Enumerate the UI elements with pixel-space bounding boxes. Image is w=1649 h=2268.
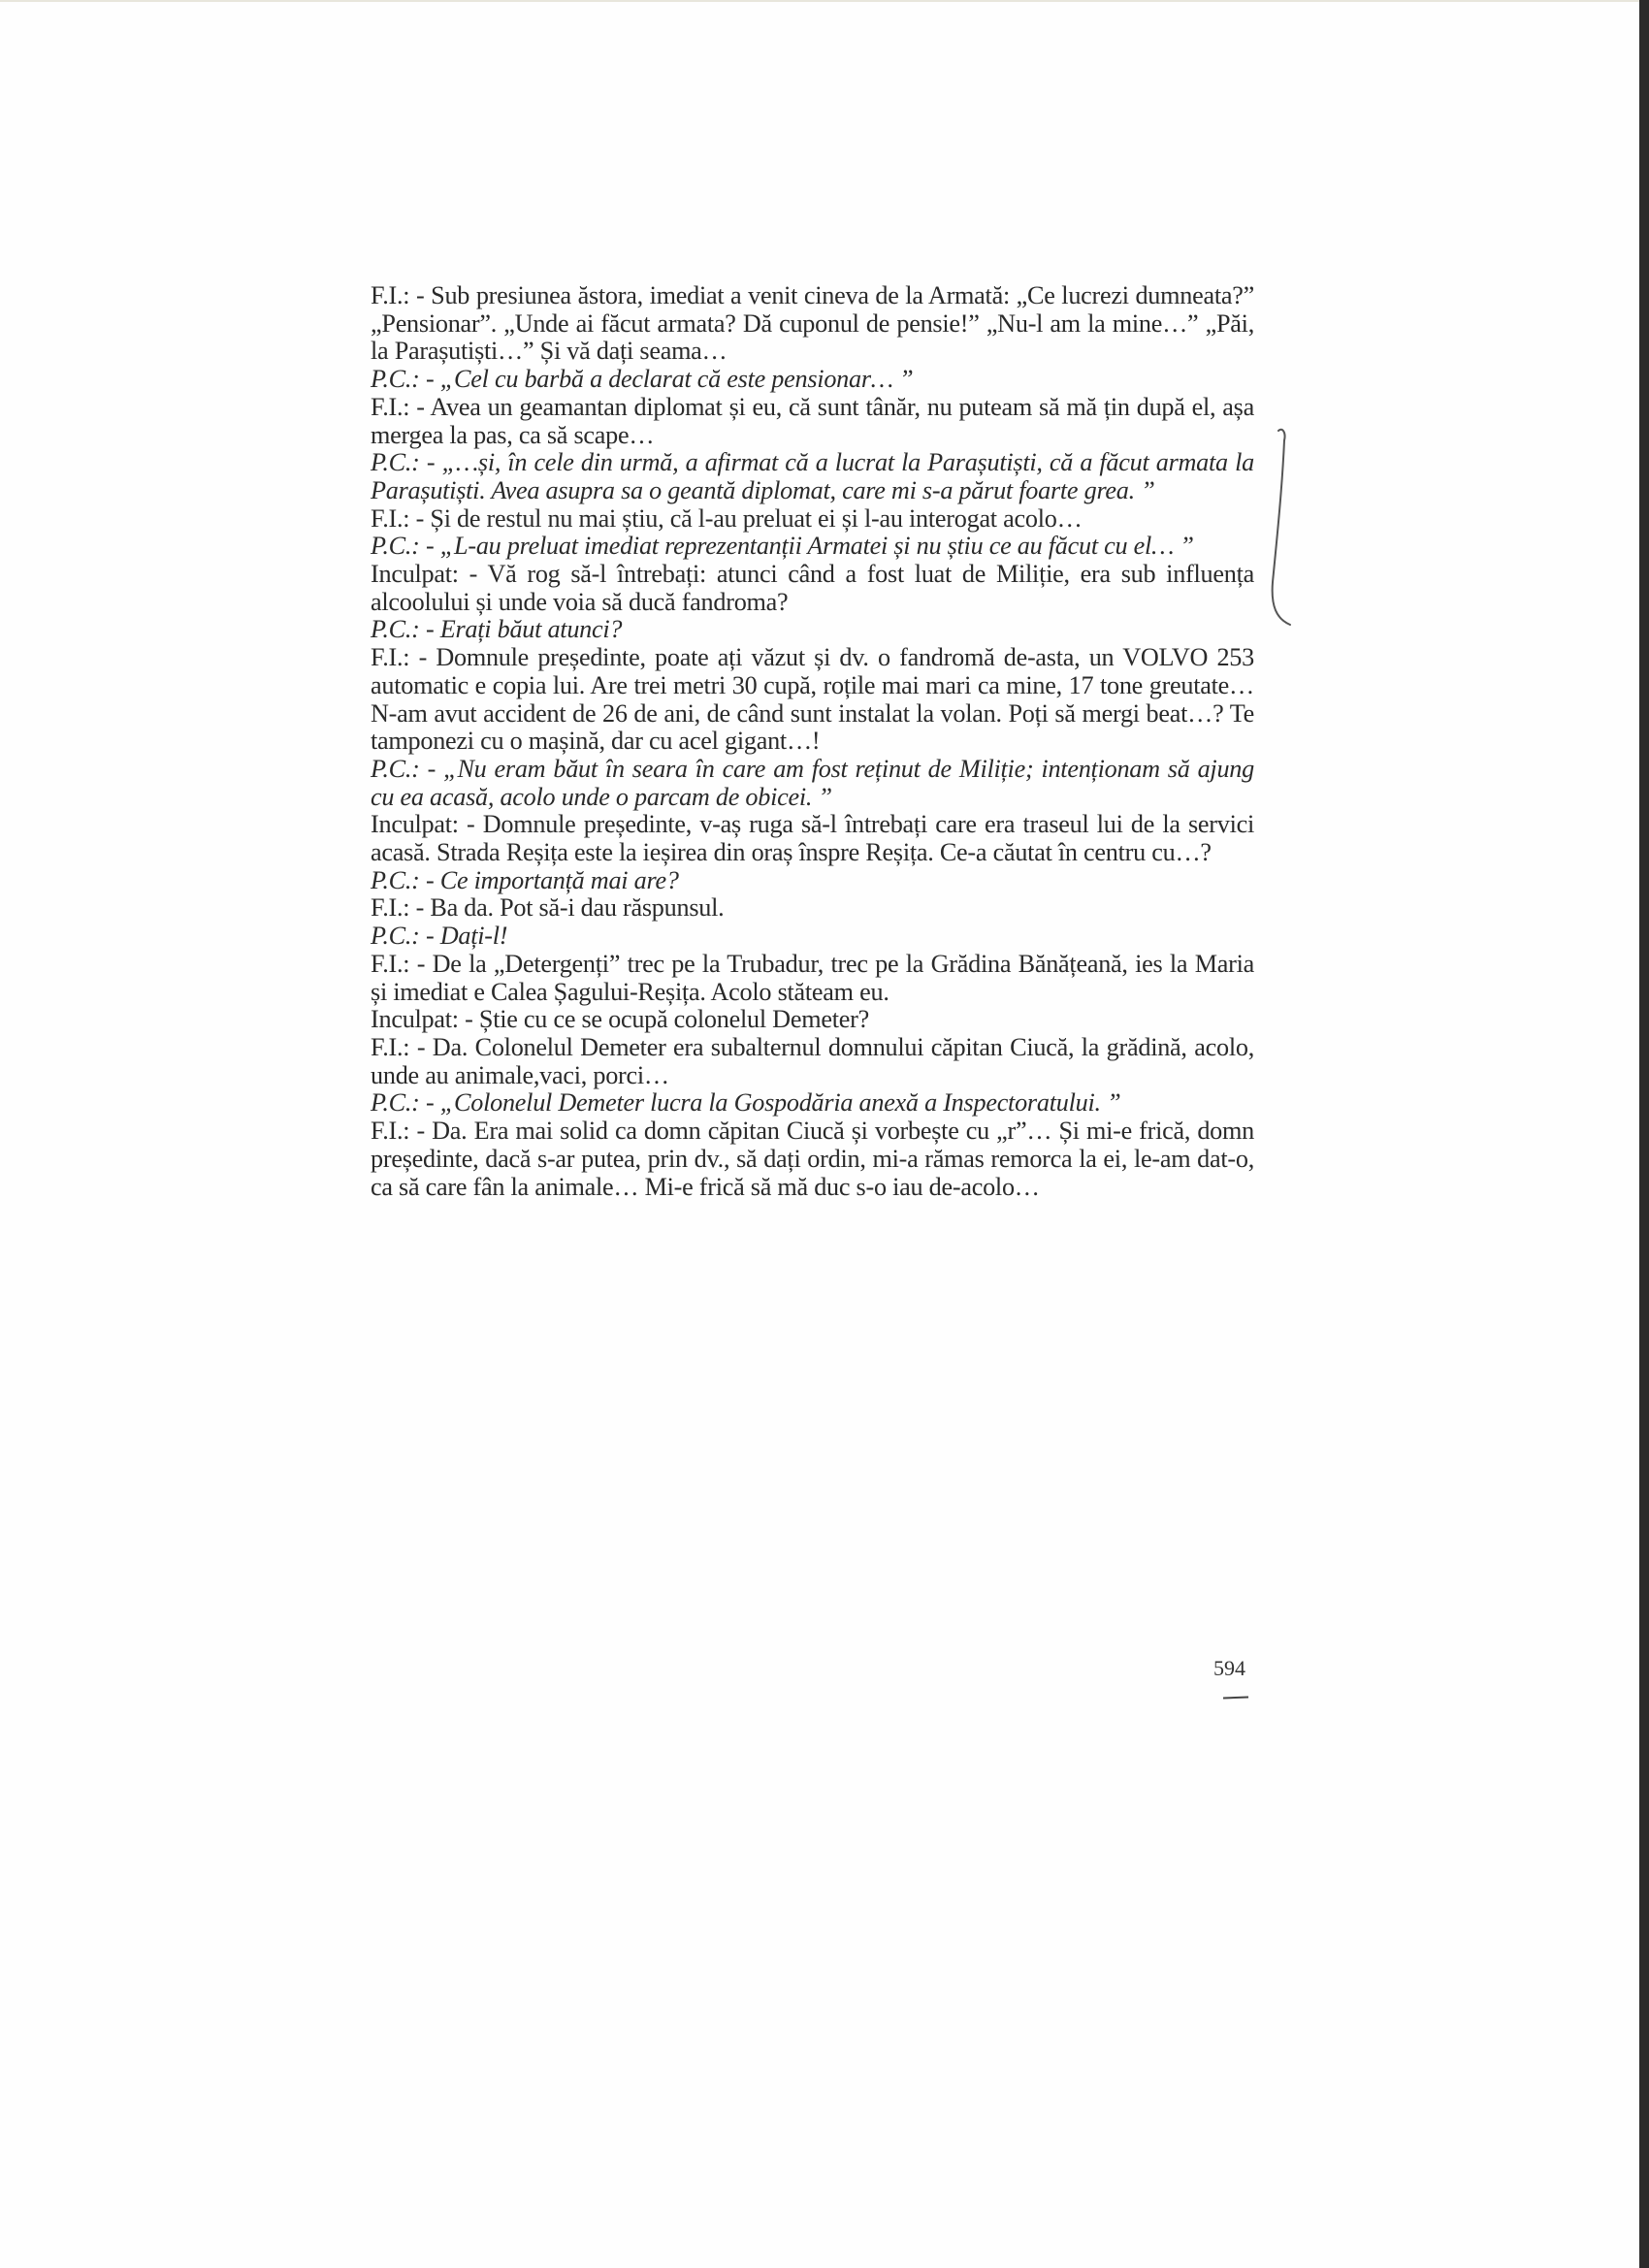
paragraph-text: - „Nu eram băut în seara în care am fost… xyxy=(371,755,1254,811)
speaker-label: F.I.: xyxy=(371,950,409,978)
paragraph-pc: P.C.: - „…și, în cele din urmă, a afirma… xyxy=(371,449,1254,504)
speaker-label: F.I.: xyxy=(371,1033,409,1061)
paragraph-fi: F.I.: - Da. Colonelul Demeter era subalt… xyxy=(371,1034,1254,1089)
paragraph-text: - Știe cu ce se ocupă colonelul Demeter? xyxy=(459,1005,869,1033)
paragraph-pc: P.C.: - „Nu eram băut în seara în care a… xyxy=(371,756,1254,811)
paragraph-text: - Domnule președinte, v-aș ruga să-l înt… xyxy=(371,810,1254,866)
paragraph-text: - „…și, în cele din urmă, a afirmat că a… xyxy=(371,448,1254,504)
speaker-label: F.I.: xyxy=(371,643,409,671)
speaker-label: P.C.: xyxy=(371,755,420,783)
paragraph-text: - Și de restul nu mai știu, că l-au prel… xyxy=(409,504,1082,533)
paragraph-fi: F.I.: - Domnule președinte, poate ați vă… xyxy=(371,644,1254,756)
paragraph-fi: F.I.: - Da. Era mai solid ca domn căpita… xyxy=(371,1118,1254,1201)
paragraph-text: - De la „Detergenți” trec pe la Trubadur… xyxy=(371,950,1254,1006)
paragraph-inculpat: Inculpat: - Vă rog să-l întrebați: atunc… xyxy=(371,561,1254,616)
paragraph-text: - Da. Colonelul Demeter era subalternul … xyxy=(371,1033,1254,1089)
paragraph-text: - Avea un geamantan diplomat și eu, că s… xyxy=(371,393,1254,449)
paragraph-fi: F.I.: - Și de restul nu mai știu, că l-a… xyxy=(371,505,1254,534)
paragraph-fi: F.I.: - De la „Detergenți” trec pe la Tr… xyxy=(371,951,1254,1006)
paragraph-text: - Domnule președinte, poate ați văzut și… xyxy=(371,643,1254,755)
speaker-label: P.C.: xyxy=(371,532,420,560)
paragraph-fi: F.I.: - Sub presiunea ăstora, imediat a … xyxy=(371,282,1254,366)
speaker-label: F.I.: xyxy=(371,281,409,309)
scan-edge-top xyxy=(0,0,1639,2)
speaker-label: Inculpat: xyxy=(371,810,459,838)
speaker-label: P.C.: xyxy=(371,615,420,643)
speaker-label: Inculpat: xyxy=(371,1005,459,1033)
paragraph-pc: P.C.: - Ce importanță mai are? xyxy=(371,867,1254,895)
paragraph-text: - Ba da. Pot să-i dau răspunsul. xyxy=(409,893,724,922)
speaker-label: P.C.: xyxy=(371,448,420,476)
paragraph-fi: F.I.: - Avea un geamantan diplomat și eu… xyxy=(371,394,1254,449)
speaker-label: F.I.: xyxy=(371,893,409,922)
scanned-page: F.I.: - Sub presiunea ăstora, imediat a … xyxy=(0,0,1649,2268)
paragraph-pc: P.C.: - „L-au preluat imediat reprezenta… xyxy=(371,533,1254,561)
paragraph-pc: P.C.: - Dați-l! xyxy=(371,923,1254,951)
speaker-label: P.C.: xyxy=(371,1088,420,1117)
paragraph-inculpat: Inculpat: - Domnule președinte, v-aș rug… xyxy=(371,811,1254,866)
speaker-label: P.C.: xyxy=(371,866,420,894)
paragraph-pc: P.C.: - „Colonelul Demeter lucra la Gosp… xyxy=(371,1089,1254,1118)
speaker-label: Inculpat: xyxy=(371,560,459,588)
paragraph-pc: P.C.: - „Cel cu barbă a declarat că este… xyxy=(371,366,1254,394)
handwritten-bracket-icon xyxy=(1261,427,1300,631)
speaker-label: P.C.: xyxy=(371,365,420,393)
paragraph-text: - Vă rog să-l întrebați: atunci când a f… xyxy=(371,560,1254,616)
paragraph-pc: P.C.: - Erați băut atunci? xyxy=(371,616,1254,644)
paragraph-text: - Da. Era mai solid ca domn căpitan Ciuc… xyxy=(371,1117,1254,1200)
paragraph-text: - Ce importanță mai are? xyxy=(420,866,679,894)
paragraph-text: - „Colonelul Demeter lucra la Gospodăria… xyxy=(420,1088,1121,1117)
speaker-label: F.I.: xyxy=(371,504,409,533)
paragraph-text: - Sub presiunea ăstora, imediat a venit … xyxy=(371,281,1254,365)
page-number: 594 xyxy=(1213,1656,1245,1681)
paragraph-text: - „Cel cu barbă a declarat că este pensi… xyxy=(420,365,914,393)
paragraph-inculpat: Inculpat: - Știe cu ce se ocupă colonelu… xyxy=(371,1006,1254,1034)
paragraph-text: - „L-au preluat imediat reprezentanții A… xyxy=(420,532,1194,560)
speaker-label: F.I.: xyxy=(371,393,409,421)
handwritten-underline-icon xyxy=(1223,1697,1248,1700)
speaker-label: F.I.: xyxy=(371,1117,409,1145)
transcript-text-block: F.I.: - Sub presiunea ăstora, imediat a … xyxy=(371,282,1254,1201)
paragraph-text: - Erați băut atunci? xyxy=(420,615,623,643)
paragraph-fi: F.I.: - Ba da. Pot să-i dau răspunsul. xyxy=(371,894,1254,923)
scan-edge-right xyxy=(1639,0,1649,2268)
speaker-label: P.C.: xyxy=(371,922,420,950)
paragraph-text: - Dați-l! xyxy=(420,922,508,950)
